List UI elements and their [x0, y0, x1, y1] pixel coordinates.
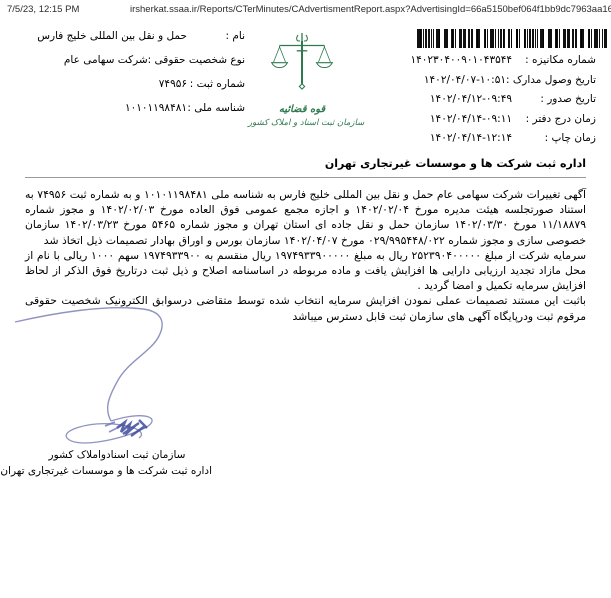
- meta-field-row: شماره مکانیزه : ۱۴۰۲۳۰۴۰۰۹۰۱۰۴۳۵۴۴: [361, 54, 596, 67]
- meta-field-row: تاریخ صدور : ۱۴۰۲/۰۴/۱۲-۰۹:۴۹: [361, 93, 596, 106]
- field-label: شماره ثبت :: [187, 77, 245, 91]
- print-url: irsherkat.ssaa.ir/Reports/CTerMinutes/CA…: [130, 4, 611, 15]
- field-value: ۱۴۰۲۳۰۴۰۰۹۰۱۰۴۳۵۴۴: [410, 54, 512, 67]
- field-value: ۱۴۰۲/۰۴/۱۲-۰۹:۴۹: [430, 93, 512, 106]
- notice-paragraph: سرمایه شرکت از مبلغ ۲۵۲۳۹۰۴۰۰۰۰۰ ریال به…: [25, 248, 586, 294]
- footer-organization: سازمان ثبت اسنادواملاک کشور: [22, 447, 212, 463]
- print-header: 7/5/23, 12:15 PM irsherkat.ssaa.ir/Repor…: [0, 4, 611, 18]
- field-value: حمل و نقل بین المللی خلیج فارس: [37, 29, 187, 43]
- company-field-row: شناسه ملی : ۱۰۱۰۱۱۹۸۴۸۱: [23, 101, 245, 115]
- field-label: تاریخ صدور :: [512, 93, 596, 106]
- field-value: ۱۴۰۲/۰۴/۰۷-۱۰:۵۱: [424, 74, 506, 87]
- field-value: ۱۴۰۲/۰۴/۱۴-۱۲:۱۴: [430, 132, 512, 145]
- field-label: شناسه ملی :: [187, 101, 245, 115]
- field-value: ۷۴۹۵۶: [159, 77, 187, 91]
- print-timestamp: 7/5/23, 12:15 PM: [7, 4, 79, 15]
- company-field-row: شماره ثبت : ۷۴۹۵۶: [23, 77, 245, 91]
- field-label: نوع شخصیت حقوقی :: [148, 53, 245, 67]
- meta-field-row: زمان چاپ : ۱۴۰۲/۰۴/۱۴-۱۲:۱۴: [361, 132, 596, 145]
- company-field-row: نوع شخصیت حقوقی : شرکت سهامی عام: [23, 53, 245, 67]
- field-value: ۱۴۰۲/۰۴/۱۴-۰۹:۱۱: [430, 113, 512, 126]
- document-page: { "print_header": { "datetime": "7/5/23,…: [0, 0, 611, 598]
- company-info-fields: نام : حمل و نقل بین المللی خلیج فارس نوع…: [23, 29, 245, 125]
- field-value: ۱۰۱۰۱۱۹۸۴۸۱: [125, 101, 187, 115]
- field-value: شرکت سهامی عام: [64, 53, 148, 67]
- signature-scribble: [5, 300, 205, 455]
- field-label: زمان درج دفتر :: [512, 113, 596, 126]
- logo-caption-judiciary: قوه قضائیه: [248, 104, 356, 115]
- company-field-row: نام : حمل و نقل بین المللی خلیج فارس: [23, 29, 245, 43]
- field-label: نام :: [187, 29, 245, 43]
- meta-field-row: زمان درج دفتر : ۱۴۰۲/۰۴/۱۴-۰۹:۱۱: [361, 113, 596, 126]
- signature-footer: سازمان ثبت اسنادواملاک کشور اداره ثبت شر…: [22, 447, 212, 479]
- footer-office: اداره ثبت شرکت ها و موسسات غیرتجاری تهرا…: [22, 463, 212, 479]
- header-separator: [25, 177, 586, 178]
- organization-logo: قوه قضائیه سازمان ثبت اسناد و املاک کشور: [248, 26, 356, 128]
- field-label: تاریخ وصول مدارک :: [506, 74, 596, 87]
- barcode: [417, 29, 607, 48]
- office-title: اداره ثبت شرکت ها و موسسات غیرتجاری تهرا…: [325, 157, 586, 170]
- registration-meta-fields: شماره مکانیزه : ۱۴۰۲۳۰۴۰۰۹۰۱۰۴۳۵۴۴ تاریخ…: [361, 54, 596, 152]
- meta-field-row: تاریخ وصول مدارک : ۱۴۰۲/۰۴/۰۷-۱۰:۵۱: [361, 74, 596, 87]
- logo-caption-organization: سازمان ثبت اسناد و املاک کشور: [248, 118, 356, 128]
- field-label: شماره مکانیزه :: [512, 54, 596, 67]
- judiciary-scales-icon: [269, 26, 335, 102]
- field-label: زمان چاپ :: [512, 132, 596, 145]
- notice-paragraph: آگهی تغییرات شرکت سهامی عام حمل و نقل بی…: [25, 187, 586, 248]
